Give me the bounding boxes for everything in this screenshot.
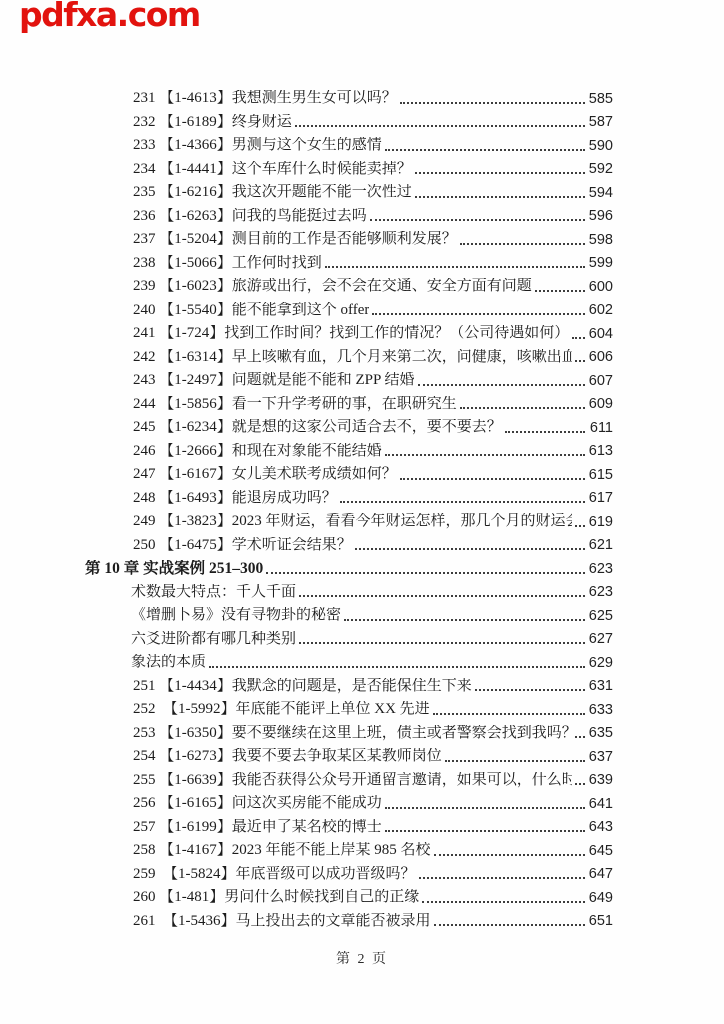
toc-leader-dots: [575, 360, 585, 362]
toc-leader-dots: [575, 783, 585, 785]
toc-entry-label: 246 【1-2666】和现在对象能不能结婚: [133, 443, 382, 460]
toc-entry-label: 249 【1-3823】2023 年财运，看看今年财运怎样，那几个月的财运会好点: [133, 513, 572, 530]
toc-entry-label: 239 【1-6023】旅游或出行，会不会在交通、安全方面有问题: [133, 278, 532, 295]
toc-entry-row: 243 【1-2497】问题就是能不能和 ZPP 结婚607: [85, 366, 613, 390]
toc-entry-label: 237 【1-5204】测目前的工作是否能够顺利发展？: [133, 231, 457, 248]
toc-page-number: 637: [586, 749, 613, 766]
toc-entry-row: 248 【1-6493】能退房成功吗？617: [85, 484, 613, 508]
toc-leader-dots: [575, 525, 585, 527]
toc-entry-row: 238 【1-5066】工作何时找到599: [85, 249, 613, 273]
toc-entry-label: 240 【1-5540】能不能拿到这个 offer: [133, 302, 369, 319]
toc-entry-label: 247 【1-6167】女儿美术联考成绩如何？: [133, 466, 397, 483]
toc-entry-row: 245 【1-6234】就是想的这家公司适合去不，要不要去？611: [85, 413, 613, 437]
toc-page-number: 607: [586, 373, 613, 390]
toc-page-number: 600: [586, 279, 613, 296]
toc-page-number: 594: [586, 185, 613, 202]
toc-entry-row: 240 【1-5540】能不能拿到这个 offer602: [85, 296, 613, 320]
toc-entry-label: 242 【1-6314】早上咳嗽有血，几个月来第二次，问健康，咳嗽出血原因: [133, 349, 572, 366]
toc-leader-dots: [325, 266, 585, 268]
toc-leader-dots: [400, 102, 585, 104]
table-of-contents: 231 【1-4613】我想测生男生女可以吗？585232 【1-6189】终身…: [85, 84, 613, 930]
toc-leader-dots: [266, 572, 585, 574]
toc-entry-label: 象法的本质: [131, 654, 206, 671]
toc-page-number: 641: [586, 796, 613, 813]
toc-page-number: 625: [586, 608, 613, 625]
toc-page-number: 635: [586, 725, 613, 742]
toc-entry-label: 234 【1-4441】这个车库什么时候能卖掉？: [133, 161, 412, 178]
toc-leader-dots: [299, 595, 585, 597]
toc-entry-row: 236 【1-6263】问我的鸟能挺过去吗596: [85, 202, 613, 226]
toc-entry-row: 257 【1-6199】最近申了某名校的博士643: [85, 813, 613, 837]
toc-entry-label: 261 【1-5436】马上投出去的文章能否被录用: [133, 913, 431, 930]
toc-leader-dots: [400, 478, 585, 480]
toc-page-number: 627: [586, 631, 613, 648]
toc-entry-row: 246 【1-2666】和现在对象能不能结婚613: [85, 437, 613, 461]
toc-entry-row: 260 【1-481】男问什么时候找到自己的正缘649: [85, 883, 613, 907]
toc-leader-dots: [385, 149, 585, 151]
toc-leader-dots: [385, 830, 585, 832]
toc-entry-row: 256 【1-6165】问这次买房能不能成功641: [85, 789, 613, 813]
toc-page-number: 623: [586, 561, 613, 578]
toc-entry-row: 233 【1-4366】男测与这个女生的感情590: [85, 131, 613, 155]
toc-page-number: 596: [586, 208, 613, 225]
toc-page-number: 647: [586, 866, 613, 883]
document-page: pdfxa.com 231 【1-4613】我想测生男生女可以吗？585232 …: [0, 0, 724, 1024]
toc-page-number: 645: [586, 843, 613, 860]
toc-page-number: 604: [586, 326, 613, 343]
toc-leader-dots: [385, 454, 585, 456]
toc-page-number: 609: [586, 396, 613, 413]
page-number-footer: 第 2 页: [0, 948, 724, 968]
toc-leader-dots: [344, 619, 585, 621]
toc-entry-label: 241 【1-724】找到工作时间？找到工作的情况？（公司待遇如何）: [133, 325, 569, 342]
toc-entry-row: 六爻进阶都有哪几种类别627: [85, 625, 613, 649]
toc-page-number: 631: [586, 678, 613, 695]
toc-leader-dots: [433, 713, 585, 715]
toc-page-number: 615: [586, 467, 613, 484]
toc-leader-dots: [295, 125, 585, 127]
toc-page-number: 619: [586, 514, 613, 531]
toc-entry-label: 252 【1-5992】年底能不能评上单位 XX 先进: [133, 701, 430, 718]
toc-entry-row: 259 【1-5824】年底晋级可以成功晋级吗？647: [85, 860, 613, 884]
toc-entry-label: 256 【1-6165】问这次买房能不能成功: [133, 795, 382, 812]
toc-entry-row: 249 【1-3823】2023 年财运，看看今年财运怎样，那几个月的财运会好点…: [85, 507, 613, 531]
toc-page-number: 592: [586, 161, 613, 178]
toc-leader-dots: [415, 196, 585, 198]
toc-page-number: 598: [586, 232, 613, 249]
toc-entry-row: 术数最大特点：千人千面623: [85, 578, 613, 602]
toc-entry-row: 258 【1-4167】2023 年能不能上岸某 985 名校645: [85, 836, 613, 860]
toc-entry-label: 250 【1-6475】学术听证会结果？: [133, 537, 352, 554]
toc-entry-label: 六爻进阶都有哪几种类别: [131, 631, 296, 648]
toc-leader-dots: [340, 501, 585, 503]
toc-page-number: 651: [586, 913, 613, 930]
toc-entry-row: 255 【1-6639】我能否获得公众号开通留言邀请，如果可以，什么时候？639: [85, 766, 613, 790]
toc-entry-label: 248 【1-6493】能退房成功吗？: [133, 490, 337, 507]
toc-page-number: 590: [586, 138, 613, 155]
toc-leader-dots: [505, 431, 585, 433]
toc-entry-label: 术数最大特点：千人千面: [131, 584, 296, 601]
toc-page-number: 613: [586, 443, 613, 460]
toc-entry-row: 247 【1-6167】女儿美术联考成绩如何？615: [85, 460, 613, 484]
toc-leader-dots: [460, 407, 585, 409]
toc-entry-label: 232 【1-6189】终身财运: [133, 114, 292, 131]
toc-entry-row: 254 【1-6273】我要不要去争取某区某教师岗位637: [85, 742, 613, 766]
toc-leader-dots: [415, 172, 585, 174]
toc-entry-label: 238 【1-5066】工作何时找到: [133, 255, 322, 272]
toc-leader-dots: [575, 736, 585, 738]
toc-entry-label: 259 【1-5824】年底晋级可以成功晋级吗？: [133, 866, 416, 883]
toc-entry-row: 235 【1-6216】我这次开题能不能一次性过594: [85, 178, 613, 202]
toc-page-number: 587: [586, 114, 613, 131]
toc-page-number: 585: [586, 91, 613, 108]
toc-leader-dots: [418, 384, 585, 386]
toc-entry-label: 255 【1-6639】我能否获得公众号开通留言邀请，如果可以，什么时候？: [133, 772, 572, 789]
toc-page-number: 643: [586, 819, 613, 836]
toc-entry-label: 《增删卜易》没有寻物卦的秘密: [131, 607, 341, 624]
toc-entry-label: 235 【1-6216】我这次开题能不能一次性过: [133, 184, 412, 201]
toc-entry-row: 242 【1-6314】早上咳嗽有血，几个月来第二次，问健康，咳嗽出血原因606: [85, 343, 613, 367]
toc-leader-dots: [445, 760, 585, 762]
toc-chapter-row: 第 10 章 实战案例 251–300623: [85, 554, 613, 578]
toc-entry-row: 251 【1-4434】我默念的问题是，是否能保住生下来631: [85, 672, 613, 696]
toc-entry-row: 231 【1-4613】我想测生男生女可以吗？585: [85, 84, 613, 108]
toc-page-number: 621: [586, 537, 613, 554]
toc-entry-row: 252 【1-5992】年底能不能评上单位 XX 先进633: [85, 695, 613, 719]
toc-entry-label: 第 10 章 实战案例 251–300: [85, 560, 263, 578]
toc-leader-dots: [355, 548, 585, 550]
toc-page-number: 629: [586, 655, 613, 672]
toc-page-number: 639: [586, 772, 613, 789]
toc-entry-row: 232 【1-6189】终身财运587: [85, 108, 613, 132]
toc-entry-row: 253 【1-6350】要不要继续在这里上班，债主或者警察会找到我吗？635: [85, 719, 613, 743]
toc-entry-label: 253 【1-6350】要不要继续在这里上班，债主或者警察会找到我吗？: [133, 725, 572, 742]
toc-entry-label: 244 【1-5856】看一下升学考研的事，在职研究生: [133, 396, 457, 413]
toc-entry-label: 233 【1-4366】男测与这个女生的感情: [133, 137, 382, 154]
toc-page-number: 617: [586, 490, 613, 507]
toc-page-number: 649: [586, 890, 613, 907]
toc-entry-row: 241 【1-724】找到工作时间？找到工作的情况？（公司待遇如何）604: [85, 319, 613, 343]
toc-leader-dots: [372, 313, 585, 315]
toc-leader-dots: [572, 337, 585, 339]
toc-entry-label: 260 【1-481】男问什么时候找到自己的正缘: [133, 889, 419, 906]
toc-entry-label: 231 【1-4613】我想测生男生女可以吗？: [133, 90, 397, 107]
toc-leader-dots: [209, 666, 585, 668]
toc-page-number: 602: [586, 302, 613, 319]
toc-entry-row: 《增删卜易》没有寻物卦的秘密625: [85, 601, 613, 625]
toc-entry-row: 237 【1-5204】测目前的工作是否能够顺利发展？598: [85, 225, 613, 249]
toc-page-number: 599: [586, 255, 613, 272]
toc-leader-dots: [434, 854, 586, 856]
toc-leader-dots: [370, 219, 585, 221]
toc-entry-label: 257 【1-6199】最近申了某名校的博士: [133, 819, 382, 836]
toc-entry-label: 258 【1-4167】2023 年能不能上岸某 985 名校: [133, 842, 431, 859]
toc-leader-dots: [460, 243, 585, 245]
toc-page-number: 623: [586, 584, 613, 601]
toc-leader-dots: [535, 290, 585, 292]
toc-entry-row: 象法的本质629: [85, 648, 613, 672]
toc-entry-label: 243 【1-2497】问题就是能不能和 ZPP 结婚: [133, 372, 415, 389]
toc-leader-dots: [419, 877, 586, 879]
toc-entry-row: 261 【1-5436】马上投出去的文章能否被录用651: [85, 907, 613, 931]
toc-entry-label: 251 【1-4434】我默念的问题是，是否能保住生下来: [133, 678, 472, 695]
toc-entry-row: 250 【1-6475】学术听证会结果？621: [85, 531, 613, 555]
toc-leader-dots: [422, 901, 585, 903]
toc-leader-dots: [434, 924, 586, 926]
toc-entry-label: 236 【1-6263】问我的鸟能挺过去吗: [133, 208, 367, 225]
toc-entry-row: 234 【1-4441】这个车库什么时候能卖掉？592: [85, 155, 613, 179]
toc-page-number: 606: [586, 349, 613, 366]
toc-entry-row: 239 【1-6023】旅游或出行，会不会在交通、安全方面有问题600: [85, 272, 613, 296]
toc-page-number: 633: [586, 702, 613, 719]
toc-page-number: 611: [586, 420, 613, 437]
toc-leader-dots: [475, 689, 585, 691]
toc-entry-row: 244 【1-5856】看一下升学考研的事，在职研究生609: [85, 390, 613, 414]
toc-leader-dots: [385, 807, 585, 809]
toc-leader-dots: [299, 642, 585, 644]
watermark-text: pdfxa.com: [19, 0, 200, 37]
toc-entry-label: 245 【1-6234】就是想的这家公司适合去不，要不要去？: [133, 419, 502, 436]
toc-entry-label: 254 【1-6273】我要不要去争取某区某教师岗位: [133, 748, 442, 765]
